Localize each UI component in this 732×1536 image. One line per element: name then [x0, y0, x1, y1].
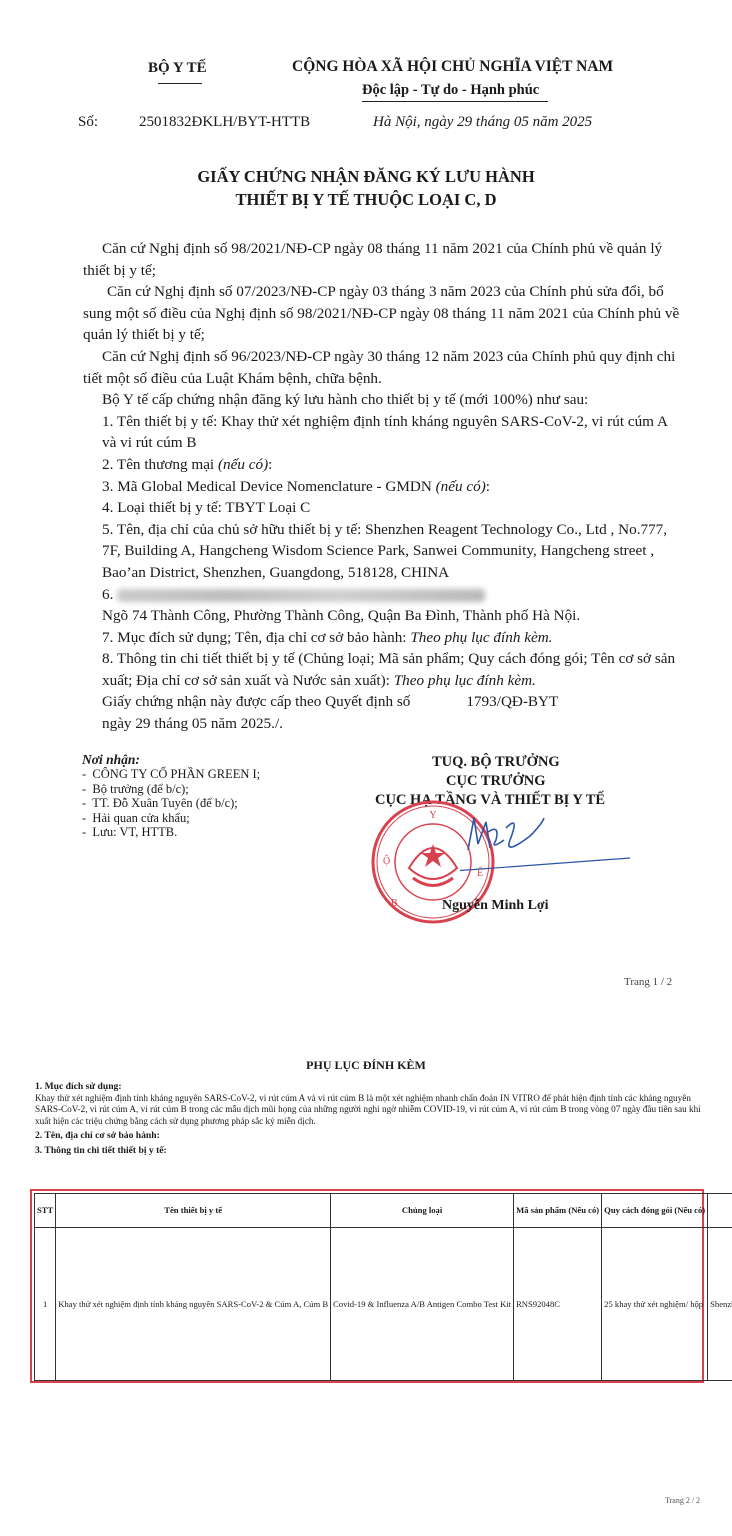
place-date: Hà Nội, ngày 29 tháng 05 năm 2025: [373, 114, 592, 131]
cell-packaging: 25 khay thử xét nghiệm/ hộp: [602, 1228, 708, 1381]
document-title: GIẤY CHỨNG NHẬN ĐĂNG KÝ LƯU HÀNH: [0, 167, 732, 187]
recipients-block: Nơi nhận: CÔNG TY CỔ PHẦN GREEN I; Bộ tr…: [82, 753, 260, 839]
signer-name: Nguyễn Minh Lợi: [442, 898, 549, 914]
decision-reference: Giấy chứng nhận này được cấp theo Quyết …: [83, 691, 683, 734]
annex-body: 1. Mục đích sử dụng: Khay thử xét nghiệm…: [35, 1081, 703, 1157]
item-7: 7. Mục đích sử dụng; Tên, địa chỉ cơ sở …: [83, 627, 683, 649]
col-header-stt: STT: [35, 1194, 56, 1228]
page-number: Trang 2 / 2: [665, 1496, 700, 1505]
table-row: 1 Khay thử xét nghiệm định tính kháng ng…: [35, 1228, 732, 1381]
device-spec-table: STT Tên thiết bị y tế Chủng loại Mã sản …: [34, 1193, 732, 1381]
col-header-product-code: Mã sản phẩm (Nếu có): [514, 1194, 602, 1228]
cell-type: Covid-19 & Influenza A/B Antigen Combo T…: [331, 1228, 514, 1381]
signature-title-1: TUQ. BỘ TRƯỞNG: [432, 754, 560, 771]
item-3: 3. Mã Global Medical Device Nomenclature…: [83, 476, 683, 498]
svg-text:Y: Y: [429, 810, 436, 821]
cell-stt: 1: [35, 1228, 56, 1381]
recipient-item: TT. Đỗ Xuân Tuyên (để b/c);: [82, 796, 260, 810]
certificate-body: Căn cứ Nghị định số 98/2021/NĐ-CP ngày 0…: [83, 238, 683, 735]
preamble-3: Căn cứ Nghị định số 96/2023/NĐ-CP ngày 3…: [83, 346, 683, 389]
svg-text:B: B: [391, 898, 398, 909]
motto-underline: [362, 101, 548, 102]
recipient-item: Hải quan cửa khẩu;: [82, 811, 260, 825]
preamble-1: Căn cứ Nghị định số 98/2021/NĐ-CP ngày 0…: [83, 238, 683, 281]
item-1: 1. Tên thiết bị y tế: Khay thử xét nghiệ…: [83, 411, 683, 454]
document-subtitle: THIẾT BỊ Y TẾ THUỘC LOẠI C, D: [0, 190, 732, 210]
item-2: 2. Tên thương mại (nếu có):: [83, 454, 683, 476]
annex-section-1-text: Khay thử xét nghiệm định tính kháng nguy…: [35, 1093, 703, 1128]
issuing-ministry: BỘ Y TẾ: [148, 60, 207, 77]
item-8: 8. Thông tin chi tiết thiết bị y tế (Chủ…: [83, 648, 683, 691]
preamble-2: Căn cứ Nghị định số 07/2023/NĐ-CP ngày 0…: [83, 281, 683, 346]
doc-number-label: Số:: [78, 114, 98, 131]
item-6: 6.Ngõ 74 Thành Công, Phường Thành Công, …: [83, 584, 683, 627]
page-number: Trang 1 / 2: [624, 976, 672, 988]
annex-title: PHỤ LỤC ĐÍNH KÈM: [0, 1058, 732, 1073]
redacted-text: [117, 589, 485, 602]
annex-section-1-heading: 1. Mục đích sử dụng:: [35, 1081, 703, 1093]
annex-section-3-heading: 3. Thông tin chi tiết thiết bị y tế:: [35, 1145, 703, 1157]
doc-number: 2501832ĐKLH/BYT-HTTB: [139, 114, 310, 131]
recipients-heading: Nơi nhận:: [82, 753, 260, 767]
national-motto: Độc lập - Tự do - Hạnh phúc: [362, 82, 539, 99]
preamble-4: Bộ Y tế cấp chứng nhận đăng ký lưu hành …: [83, 389, 683, 411]
table-header-row: STT Tên thiết bị y tế Chủng loại Mã sản …: [35, 1194, 732, 1228]
col-header-type: Chủng loại: [331, 1194, 514, 1228]
national-title: CỘNG HÒA XÃ HỘI CHỦ NGHĨA VIỆT NAM: [292, 58, 613, 76]
signature-title-2: CỤC TRƯỞNG: [446, 773, 546, 790]
cell-product-code: RNS92048C: [514, 1228, 602, 1381]
col-header-device-name: Tên thiết bị y tế: [56, 1194, 331, 1228]
recipient-item: CÔNG TY CỔ PHẦN GREEN I;: [82, 767, 260, 781]
device-spec-table-highlight: STT Tên thiết bị y tế Chủng loại Mã sản …: [30, 1189, 704, 1383]
item-4: 4. Loại thiết bị y tế: TBYT Loại C: [83, 497, 683, 519]
ministry-underline: [158, 83, 202, 84]
col-header-manufacturer: Tên cơ sở sản xuất: [708, 1194, 732, 1228]
item-5: 5. Tên, địa chỉ của chủ sở hữu thiết bị …: [83, 519, 683, 584]
svg-text:Ộ: Ộ: [383, 855, 390, 867]
col-header-packaging: Quy cách đóng gói (Nếu có): [602, 1194, 708, 1228]
annex-section-2-heading: 2. Tên, địa chỉ cơ sở bảo hành:: [35, 1130, 703, 1142]
recipients-list: CÔNG TY CỔ PHẦN GREEN I; Bộ trưởng (để b…: [82, 767, 260, 839]
recipient-item: Lưu: VT, HTTB.: [82, 825, 260, 839]
recipient-item: Bộ trưởng (để b/c);: [82, 782, 260, 796]
handwritten-signature-icon: [460, 810, 640, 885]
cell-manufacturer: Shenzhen Reagent Technology Co., Ltd: [708, 1228, 732, 1381]
cell-device-name: Khay thử xét nghiệm định tính kháng nguy…: [56, 1228, 331, 1381]
